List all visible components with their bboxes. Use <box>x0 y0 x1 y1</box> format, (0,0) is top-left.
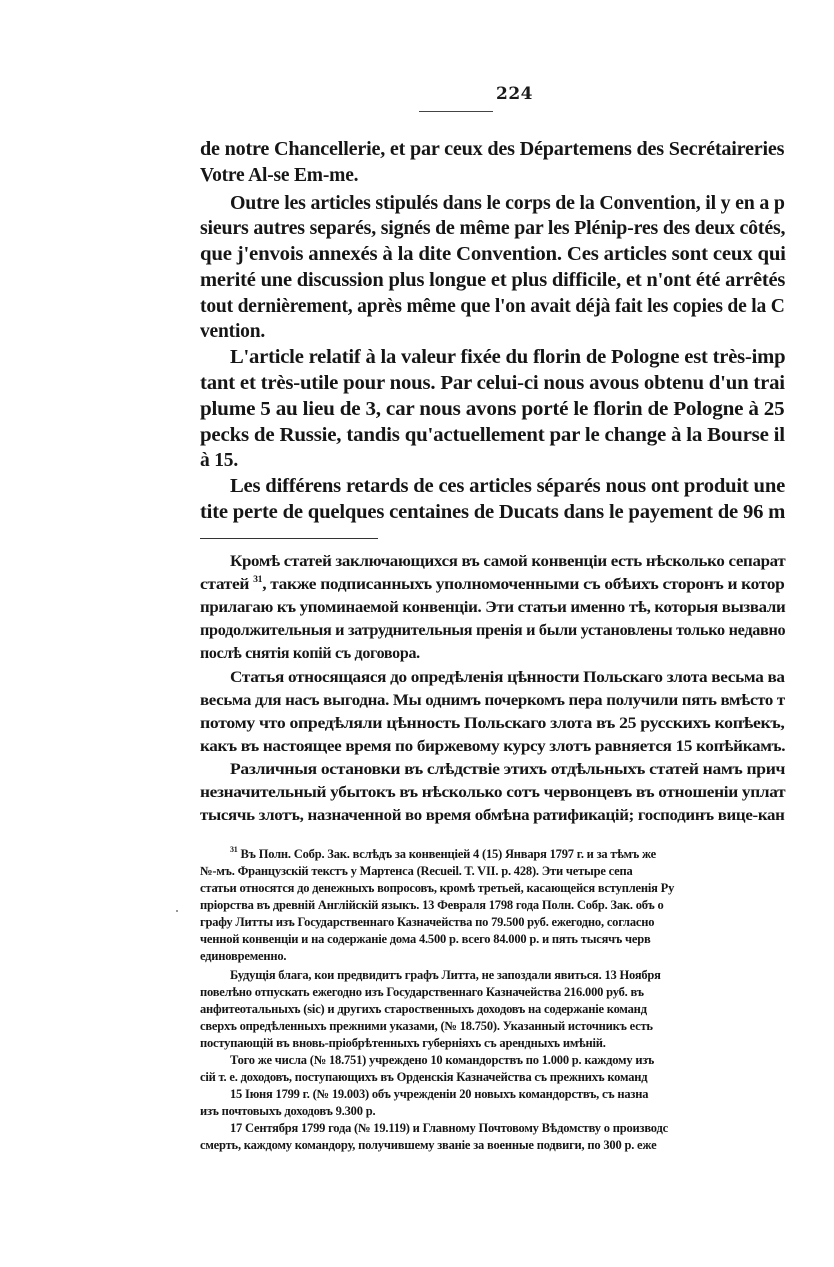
footnote-line: Будущія блага, кои предвидитъ графъ Литт… <box>230 968 661 983</box>
text-line: продолжительныя и затруднительныя пренія… <box>200 622 785 640</box>
text-line: plume 5 au lieu de 3, car nous avons por… <box>200 399 784 421</box>
text-line: послѣ снятія копій съ договора. <box>200 645 420 663</box>
text-line: pecks de Russie, tandis qu'actuellement … <box>200 425 785 447</box>
footnote-line: Того же числа (№ 18.751) учреждено 10 ко… <box>230 1053 654 1068</box>
footnote-line: повелѣно отпускать ежегодно изъ Государс… <box>200 985 644 1000</box>
footnote-line: №-мъ. Французскій текстъ у Мартенса (Rec… <box>200 864 633 879</box>
page-number: 224 <box>496 84 533 104</box>
footnote-line: смерть, каждому командору, получившему з… <box>200 1138 656 1153</box>
text-line: sieurs autres separés, signés de même pa… <box>200 218 785 240</box>
footnote-line: сверхъ опредѣленныхъ прежними указами, (… <box>200 1019 653 1034</box>
text-line: vention. <box>200 321 265 343</box>
text-segment: , также подписанныхъ уполномоченными съ … <box>262 576 784 593</box>
text-line: какъ въ настоящее время по биржевому кур… <box>200 738 785 756</box>
text-line: tout dernièrement, après même que l'on a… <box>200 296 785 318</box>
text-line: tite perte de quelques centaines de Duca… <box>200 502 785 524</box>
footnote-line: ченной конвенціи и на содержаніе дома 4.… <box>200 932 651 947</box>
footnote-line: статьи относятся до денежныхъ вопросовъ,… <box>200 881 674 896</box>
document-page: 224 de notre Chancellerie, et par ceux d… <box>0 0 834 1267</box>
footnote-line: поступающій въ вновь-пріобрѣтенныхъ губе… <box>200 1036 606 1051</box>
footnote-line: графу Литты изъ Государственнаго Казначе… <box>200 915 654 930</box>
footnote-marker: 31 <box>230 845 238 854</box>
footnote-line: сій т. е. доходовъ, поступающихъ въ Орде… <box>200 1070 647 1085</box>
footnote-line: 17 Сентября 1799 года (№ 19.119) и Главн… <box>230 1121 668 1136</box>
text-line: потому что опредѣляли цѣнность Польскаго… <box>200 715 785 733</box>
text-segment: статей <box>200 576 249 593</box>
footnote-line: изъ почтовыхъ доходовъ 9.300 р. <box>200 1104 375 1119</box>
text-line: Кромѣ статей заключающихся въ самой конв… <box>230 553 785 571</box>
scan-speck <box>176 910 178 912</box>
text-line: статей 31, также подписанныхъ уполномоче… <box>200 576 785 594</box>
text-line: Votre Al-se Em-me. <box>200 165 358 187</box>
text-line: незначительный убытокъ въ нѣсколько сотъ… <box>200 784 785 802</box>
text-line: Статья относящаяся до опредѣленія цѣннос… <box>230 669 785 687</box>
text-line: L'article relatif à la valeur fixée du f… <box>230 347 785 369</box>
footnote-line: 31 Въ Полн. Собр. Зак. вслѣдъ за конвенц… <box>230 847 656 862</box>
text-line: Les différens retards de ces articles sé… <box>230 476 785 498</box>
text-line: merité une discussion plus longue et plu… <box>200 270 785 292</box>
page-number-rule <box>419 111 493 112</box>
footnote-line: анфитеотальныхъ (sic) и другихъ староств… <box>200 1002 647 1017</box>
footnote-reference[interactable]: 31 <box>253 574 262 584</box>
footnote-line: единовременно. <box>200 949 286 964</box>
text-line: весьма для насъ выгодна. Мы однимъ почер… <box>200 692 785 710</box>
text-line: прилагаю къ упоминаемой конвенціи. Эти с… <box>200 599 785 617</box>
text-line: que j'envois annexés à la dite Conventio… <box>200 244 786 266</box>
text-line: de notre Chancellerie, et par ceux des D… <box>200 139 784 161</box>
text-line: à 15. <box>200 450 238 472</box>
footnote-line: пріорства въ древній Англійскій языкъ. 1… <box>200 898 664 913</box>
text-line: Outre les articles stipulés dans le corp… <box>230 193 785 215</box>
footnote-line: 15 Іюня 1799 г. (№ 19.003) объ учреждені… <box>230 1087 648 1102</box>
translation-separator-rule <box>200 538 378 539</box>
text-line: tant et très-utile pour nous. Par celui-… <box>200 373 785 395</box>
text-line: Различныя остановки въ слѣдствіе этихъ о… <box>230 761 785 779</box>
text-line: тысячь злотъ, назначенной во время обмѣн… <box>200 807 785 825</box>
text-segment: Въ Полн. Собр. Зак. вслѣдъ за конвенціей… <box>241 847 656 861</box>
